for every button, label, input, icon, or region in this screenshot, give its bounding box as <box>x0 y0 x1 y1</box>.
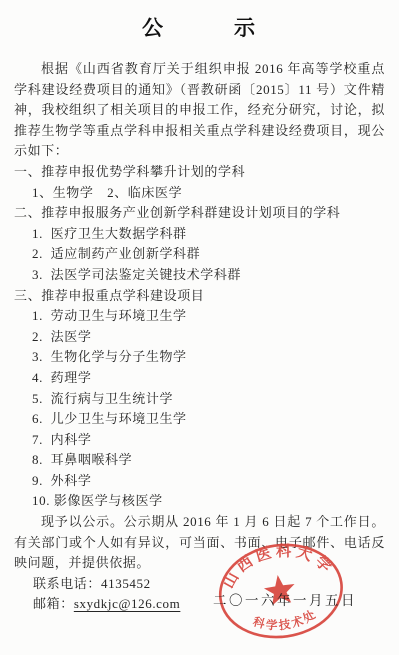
section-3-heading: 三、推荐申报重点学科建设项目 <box>14 286 385 307</box>
document-title: 公 示 <box>14 12 385 42</box>
section-1: 一、推荐申报优势学科攀升计划的学科 1、生物学 2、临床医学 <box>14 162 385 203</box>
email-label: 邮箱： <box>33 596 74 611</box>
list-item: 10. 影像医学与核医学 <box>32 491 385 512</box>
phone-label: 联系电话： <box>33 576 101 591</box>
section-1-heading: 一、推荐申报优势学科攀升计划的学科 <box>14 162 385 183</box>
list-item: 4. 药理学 <box>32 368 385 389</box>
list-item: 3. 生物化学与分子生物学 <box>32 347 385 368</box>
list-item: 1、生物学 2、临床医学 <box>32 183 385 204</box>
section-3: 三、推荐申报重点学科建设项目 1. 劳动卫生与环境卫生学 2. 法医学 3. 生… <box>14 286 385 513</box>
section-2-heading: 二、推荐申报服务产业创新学科群建设计划项目的学科 <box>14 203 385 224</box>
seal-dept-textpath: 科学技术处 <box>249 605 321 636</box>
list-item: 6. 儿少卫生与环境卫生学 <box>32 409 385 430</box>
list-item: 1. 医疗卫生大数据学科群 <box>32 224 385 245</box>
date-line: 二〇一六年一月五日 <box>213 589 357 609</box>
section-2: 二、推荐申报服务产业创新学科群建设计划项目的学科 1. 医疗卫生大数据学科群 2… <box>14 203 385 285</box>
list-item: 3. 法医学司法鉴定关键技术学科群 <box>32 265 385 286</box>
announcement-document: 公 示 根据《山西省教育厅关于组织申报 2016 年高等学校重点学科建设经费项目… <box>0 0 399 655</box>
seal-department: 科学技术处 <box>249 605 321 636</box>
phone-number: 4135452 <box>101 576 151 591</box>
list-item: 7. 内科学 <box>32 430 385 451</box>
list-item: 2. 法医学 <box>32 327 385 348</box>
list-item: 9. 外科学 <box>32 471 385 492</box>
list-item: 1. 劳动卫生与环境卫生学 <box>32 306 385 327</box>
list-item: 8. 耳鼻咽喉科学 <box>32 450 385 471</box>
email-address: sxydkjc@126.com <box>74 596 181 611</box>
list-item: 5. 流行病与卫生统计学 <box>32 389 385 410</box>
list-item: 2. 适应制药产业创新学科群 <box>32 244 385 265</box>
intro-paragraph: 根据《山西省教育厅关于组织申报 2016 年高等学校重点学科建设经费项目的通知》… <box>14 59 385 162</box>
